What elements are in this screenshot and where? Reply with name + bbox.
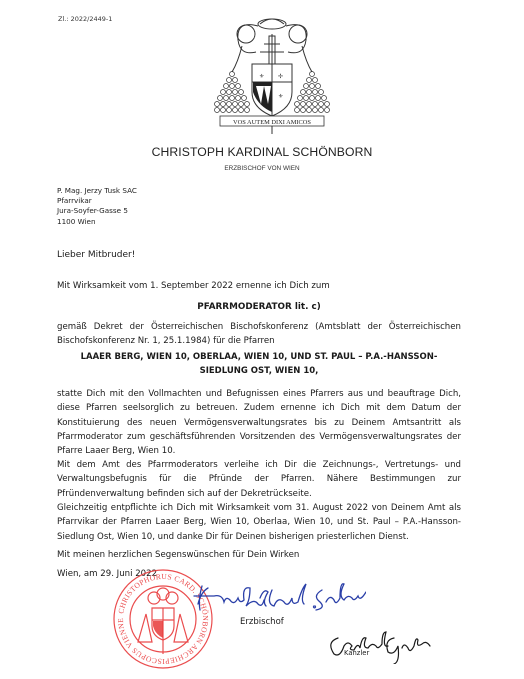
recipient-line: Jura-Soyfer-Gasse 5 (57, 206, 137, 216)
recipient-address: P. Mag. Jerzy Tusk SAC Pfarrvikar Jura-S… (57, 186, 137, 227)
greeting: Lieber Mitbruder! (57, 250, 461, 260)
svg-text:⚜: ⚜ (259, 73, 264, 80)
signing-authority-paragraph: Mit dem Amt des Pfarrmoderators verleihe… (57, 458, 461, 501)
svg-text:⚜: ⚜ (278, 93, 283, 100)
chancellor-signature (322, 628, 452, 664)
intro-line: Mit Wirksamkeit vom 1. September 2022 er… (57, 281, 461, 291)
motto: VOS AUTEM DIXI AMICOS (233, 119, 311, 126)
decree-paragraph: gemäß Dekret der Österreichischen Bischo… (57, 321, 461, 349)
release-paragraph: Gleichzeitig entpflichte ich Dich mit Wi… (57, 501, 461, 544)
archbishop-signature (176, 580, 366, 616)
reference-number: Zl.: 2022/2449-1 (58, 15, 112, 23)
recipient-line: P. Mag. Jerzy Tusk SAC (57, 186, 137, 196)
powers-paragraph: statte Dich mit den Vollmachten und Befu… (57, 387, 461, 458)
svg-text:✢: ✢ (278, 73, 283, 80)
coat-of-arms-icon: ⚜ ✢ ⚜ VOS AUTEM DIXI AMICOS (212, 12, 332, 142)
appointment-title: PFARRMODERATOR lit. c) (57, 302, 461, 312)
parishes-heading: LAAER BERG, WIEN 10, OBERLAA, WIEN 10, U… (57, 351, 461, 379)
chancellor-role: Kanzler (344, 649, 369, 657)
issuer-name: CHRISTOPH KARDINAL SCHÖNBORN (0, 145, 524, 159)
recipient-line: Pfarrvikar (57, 196, 137, 206)
issuer-title: ERZBISCHOF VON WIEN (0, 165, 524, 172)
closing-line: Mit meinen herzlichen Segenswünschen für… (57, 550, 461, 560)
recipient-line: 1100 Wien (57, 217, 137, 227)
archbishop-role: Erzbischof (240, 617, 284, 627)
